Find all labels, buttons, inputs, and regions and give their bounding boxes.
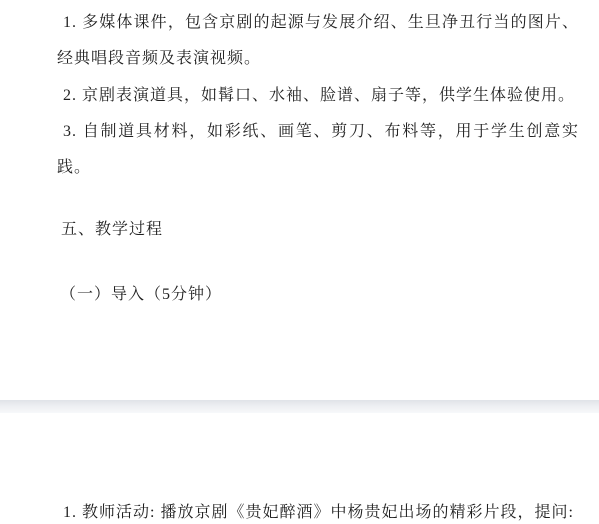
page-break-divider [0,400,599,413]
paragraph-material-craft: 3. 自制道具材料，如彩纸、画笔、剪刀、布料等，用于学生创意实践。 [57,114,579,186]
document-viewport: 1. 多媒体课件，包含京剧的起源与发展介绍、生旦净丑行当的图片、经典唱段音频及表… [0,0,599,524]
section-heading-teaching-process: 五、教学过程 [57,212,579,248]
document-page-2: 1. 教师活动: 播放京剧《贵妃醉酒》中杨贵妃出场的精彩片段，提问: [0,413,599,524]
paragraph-material-multimedia: 1. 多媒体课件，包含京剧的起源与发展介绍、生旦净丑行当的图片、经典唱段音频及表… [57,5,579,77]
document-page-1: 1. 多媒体课件，包含京剧的起源与发展介绍、生旦净丑行当的图片、经典唱段音频及表… [0,0,599,400]
paragraph-teacher-activity: 1. 教师活动: 播放京剧《贵妃醉酒》中杨贵妃出场的精彩片段，提问: [57,495,579,524]
paragraph-material-props: 2. 京剧表演道具，如髯口、水袖、脸谱、扇子等，供学生体验使用。 [57,78,579,114]
subsection-heading-intro: （一）导入（5分钟） [57,277,579,313]
